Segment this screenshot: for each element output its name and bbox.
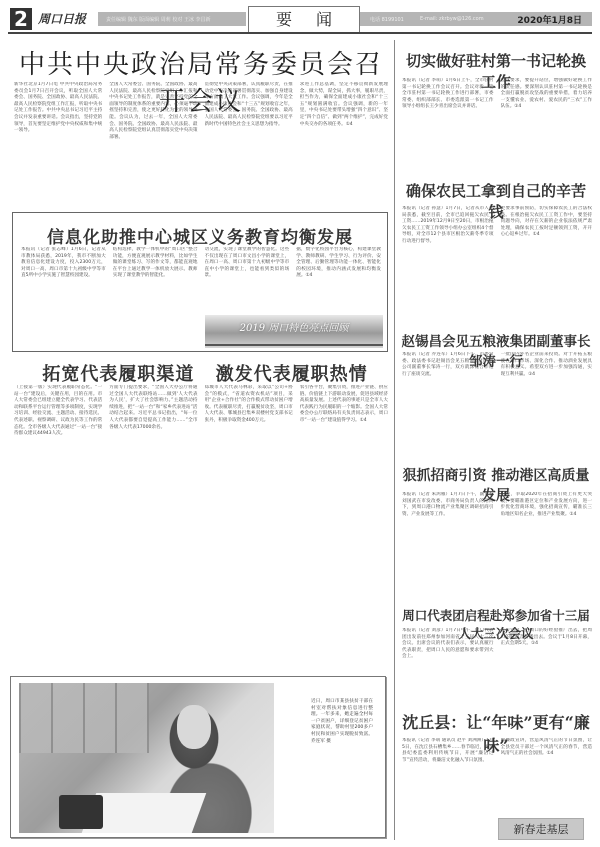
article-column: 结构选择，教学一体机中的“周口区”整合功能，方便直观展示教学材料，比如学生做的课…	[113, 247, 198, 347]
article-column: 求进工作总基调，坚定不移贯彻新发展理念，做大势，谋全局，抓大事，履职尽责，担当作…	[300, 82, 388, 212]
headline-part-right: 激发代表履职热情	[216, 364, 368, 385]
photo-caption: 近日，周口市某县扶贫干部在村室对帮扶对象信息进行整理。一年多来，她走遍全村每一户…	[311, 699, 373, 745]
article-column: 郑城市人大代表马林彩，采取以“公司+协会”的模式，“省道农资农机站”项目，采用“…	[205, 385, 293, 675]
page-number: 2	[10, 8, 32, 30]
banner-title: 2019 周口特色亮点回顾	[205, 319, 383, 334]
second-headline: 拓宽代表履职渠道 激发代表履职热情	[20, 360, 390, 386]
headline-part-left: 拓宽代表履职渠道	[42, 364, 194, 385]
review-banner: 2019 周口特色亮点回顾	[205, 315, 383, 348]
right-story-body-5: 本报讯（记者 刘彦）1月7日中午，周口代表团出发前往郑州参加河南省十三届人大三次…	[402, 628, 592, 706]
right-story-body-2: 本报讯（记者 孙慧）1月7日，记者从市人社局获悉，截至目前，全市已追回拖欠农民工…	[402, 206, 592, 324]
hotline: 电话 8199101	[370, 16, 404, 23]
editors-strip: 责任编辑 魏东 版面编辑 周莉 校对 王冰 李昌新	[98, 12, 246, 26]
section-title: 要闻	[248, 6, 360, 32]
photo-credit: 乔连军 摄	[311, 739, 331, 744]
news-photo	[19, 683, 274, 833]
contact-strip: 电话 8199101 E-mail: zkrbyw@126.com 2020年1…	[360, 12, 592, 26]
article-column: 全国人大常委会、国务院、全国政协、最高人民法院、最高人民检察院党组工作汇报和中央…	[109, 82, 197, 212]
photo-feature: 近日，周口市某县扶贫干部在村室对帮扶对象信息进行整理。一年多来，她走遍全村每一户…	[10, 676, 386, 838]
article-column: 农引各平台，聚集引资，推进产业链、供应链、价值链上下游联动发展，促进县域经济高质…	[300, 385, 388, 675]
skyline-graphic	[205, 336, 383, 346]
right-story-body-1: 本报讯（记者 李萌）1月6日上午，全市驻村第一书记轮换工作会议召开。会议对新一轮…	[402, 78, 592, 173]
section-label-new-spring: 新春走基层	[498, 818, 584, 840]
issue-date: 2020年1月8日	[517, 13, 582, 26]
main-story-body: 新华社北京1月7日电 中共中央政治局常务委员会1月7日召开会议，听取全国人大常委…	[14, 82, 388, 212]
article-column: 贯彻党中央决策部署，认真履职尽责，在推动党中央决策部署贯彻落实、加强自身建设等方…	[205, 82, 293, 212]
article-column: （上接第一版）实现代表履职常态化。“一站一台”建设后，关键在用，目的在用。市人大…	[14, 385, 102, 675]
column-divider	[394, 40, 395, 840]
right-story-body-3: 本报讯（记者 乔连军）1月6日下午，市委常委、政法委书记赵锡昌会见五粮液集团有限…	[402, 352, 592, 457]
article-column: 新华社北京1月7日电 中共中央政治局常务委员会1月7日召开会议，听取全国人大常委…	[14, 82, 102, 212]
right-story-body-4: 本报讯（记者 朱鸿雁）1月7日下午，副市长刘国武在市发改委、市商务局负责人的陪同…	[402, 492, 592, 597]
masthead: 2 周口日报 责任编辑 魏东 版面编辑 周莉 校对 王冰 李昌新 要闻 电话 8…	[8, 6, 592, 32]
article-column: 方面专门提出要求，“全国人大办公厅将通过全国人大代表联络站……做到‘人大代表为人…	[109, 385, 197, 675]
second-story-body: （上接第一版）实现代表履职常态化。“一站一台”建设后，关键在用，目的在用。市人大…	[14, 385, 388, 675]
telephone-graphic	[59, 795, 103, 829]
article-column: 本报讯（记者 张志峰）1月6日，记者从市教体局获悉，2019年，我市不断加大教育…	[21, 247, 106, 347]
paper-name: 周口日报	[38, 10, 86, 27]
masthead-rule	[8, 32, 592, 34]
email: E-mail: zkrbyw@126.com	[420, 16, 484, 22]
boxed-headline: 信息化助推中心城区义务教育均衡发展	[13, 223, 387, 248]
